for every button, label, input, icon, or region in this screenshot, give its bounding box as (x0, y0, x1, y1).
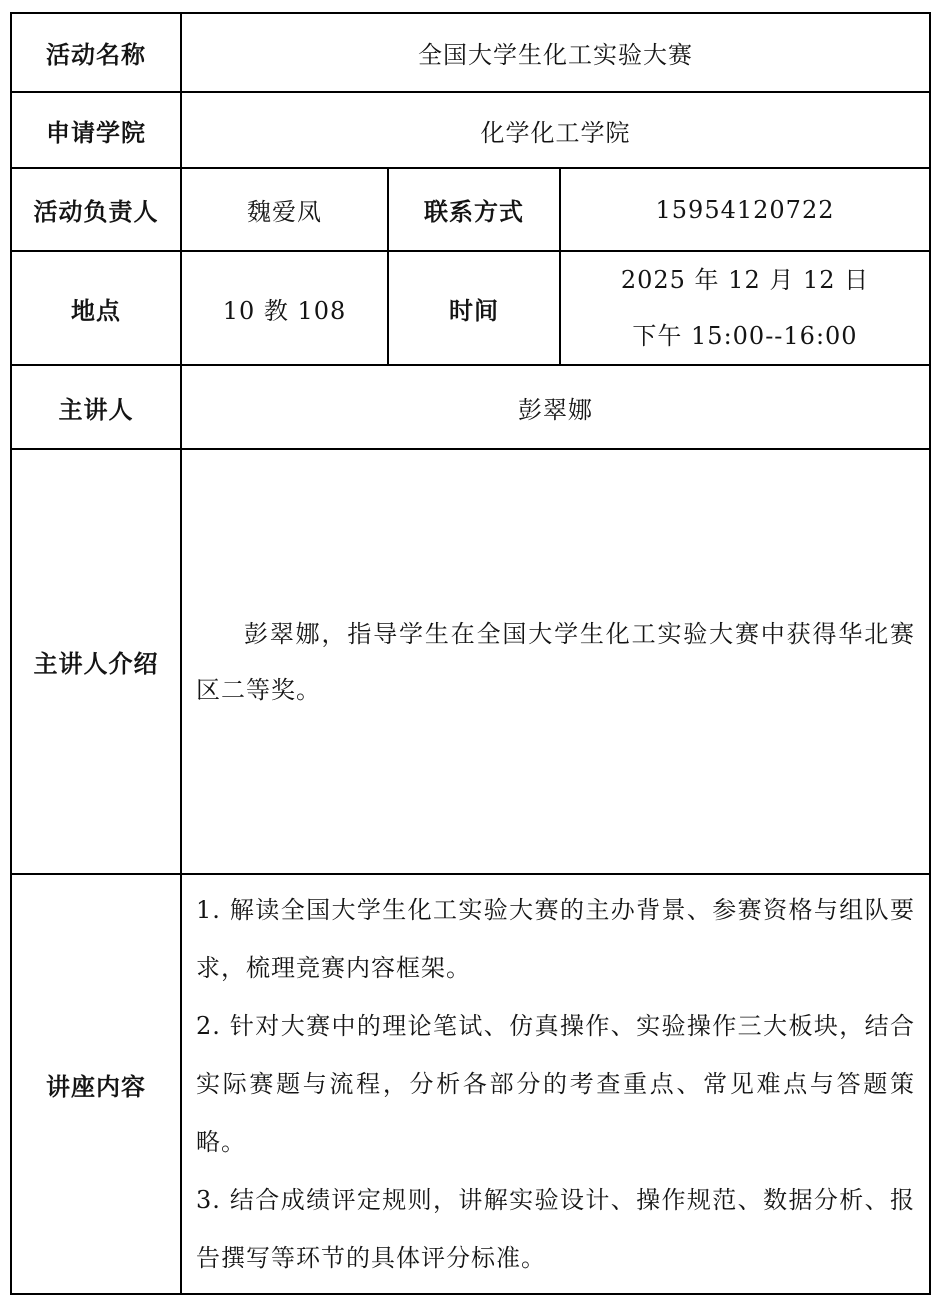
speaker-value: 彭翠娜 (181, 365, 930, 449)
speaker-intro-label: 主讲人介绍 (11, 449, 181, 874)
row-location-time: 地点 10 教 108 时间 2025 年 12 月 12 日 下午 15:00… (11, 251, 930, 365)
row-speaker-intro: 主讲人介绍 彭翠娜，指导学生在全国大学生化工实验大赛中获得华北赛区二等奖。 (11, 449, 930, 874)
activity-application-form: 活动名称 全国大学生化工实验大赛 申请学院 化学化工学院 活动负责人 魏爱凤 联… (10, 12, 931, 1295)
person-in-charge-label: 活动负责人 (11, 168, 181, 251)
activity-name-value: 全国大学生化工实验大赛 (181, 13, 930, 92)
row-lecture-content: 讲座内容 1. 解读全国大学生化工实验大赛的主办背景、参赛资格与组队要求，梳理竞… (11, 874, 930, 1294)
location-label: 地点 (11, 251, 181, 365)
row-activity-name: 活动名称 全国大学生化工实验大赛 (11, 13, 930, 92)
speaker-intro-paragraph: 彭翠娜，指导学生在全国大学生化工实验大赛中获得华北赛区二等奖。 (196, 606, 915, 718)
lecture-content-item-3: 3. 结合成绩评定规则，讲解实验设计、操作规范、数据分析、报告撰写等环节的具体评… (196, 1171, 915, 1287)
contact-label: 联系方式 (388, 168, 560, 251)
speaker-label: 主讲人 (11, 365, 181, 449)
time-hours-line: 下午 15:00--16:00 (561, 308, 929, 364)
applying-college-label: 申请学院 (11, 92, 181, 168)
row-speaker: 主讲人 彭翠娜 (11, 365, 930, 449)
row-applying-college: 申请学院 化学化工学院 (11, 92, 930, 168)
lecture-content-value: 1. 解读全国大学生化工实验大赛的主办背景、参赛资格与组队要求，梳理竞赛内容框架… (181, 874, 930, 1294)
activity-name-label: 活动名称 (11, 13, 181, 92)
person-in-charge-value: 魏爱凤 (181, 168, 388, 251)
speaker-intro-value: 彭翠娜，指导学生在全国大学生化工实验大赛中获得华北赛区二等奖。 (181, 449, 930, 874)
time-value: 2025 年 12 月 12 日 下午 15:00--16:00 (560, 251, 930, 365)
applying-college-value: 化学化工学院 (181, 92, 930, 168)
time-date-line: 2025 年 12 月 12 日 (561, 252, 929, 308)
location-value: 10 教 108 (181, 251, 388, 365)
lecture-content-label: 讲座内容 (11, 874, 181, 1294)
lecture-content-item-1: 1. 解读全国大学生化工实验大赛的主办背景、参赛资格与组队要求，梳理竞赛内容框架… (196, 881, 915, 997)
time-label: 时间 (388, 251, 560, 365)
contact-value: 15954120722 (560, 168, 930, 251)
row-person-contact: 活动负责人 魏爱凤 联系方式 15954120722 (11, 168, 930, 251)
lecture-content-item-2: 2. 针对大赛中的理论笔试、仿真操作、实验操作三大板块，结合实际赛题与流程，分析… (196, 997, 915, 1171)
